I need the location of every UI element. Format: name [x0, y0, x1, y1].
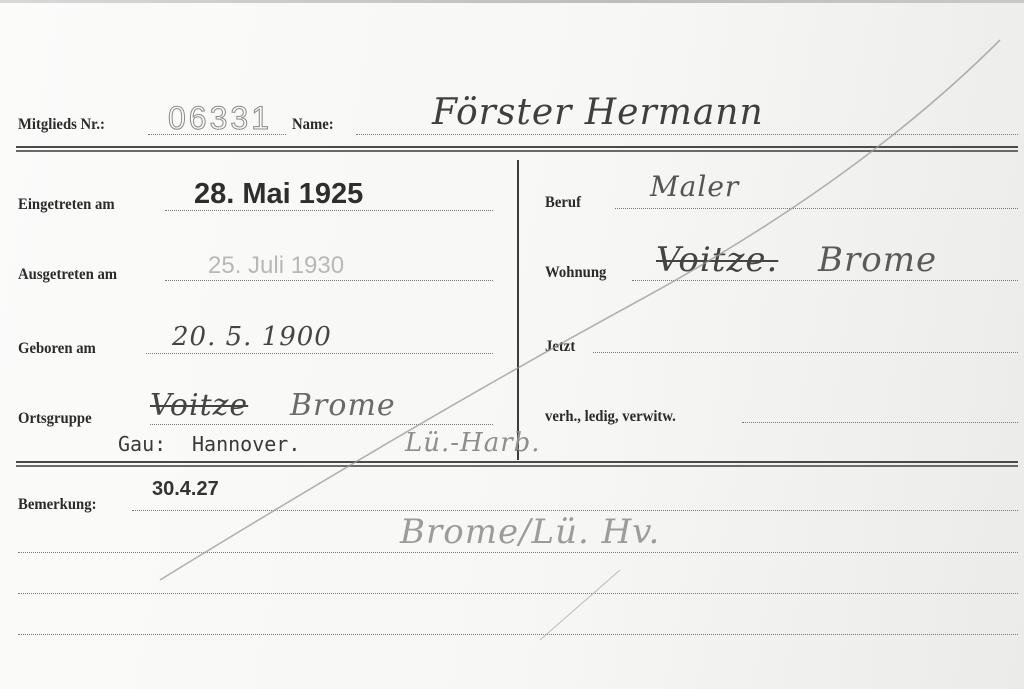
left-line — [165, 280, 493, 281]
remarks-stamp: 30.4.27 — [152, 478, 219, 501]
name-line — [356, 134, 1018, 135]
occupation-label: Beruf — [545, 194, 581, 212]
column-divider — [517, 160, 519, 460]
gau-value: Hannover. — [192, 432, 300, 456]
membership-card: Mitglieds Nr.: 06331 Name: Förster Herma… — [0, 0, 1024, 689]
residence-label: Wohnung — [545, 264, 606, 282]
remarks-line-2 — [18, 552, 1018, 553]
joined-label: Eingetreten am — [18, 196, 115, 214]
local-group-line — [150, 424, 493, 425]
name-label: Name: — [292, 116, 334, 134]
current-line — [593, 352, 1018, 353]
marital-status-label: verh., ledig, verwitw. — [545, 408, 676, 426]
born-value: 20. 5. 1900 — [172, 322, 332, 352]
remarks-divider — [16, 461, 1018, 467]
marital-status-line — [742, 422, 1018, 423]
header-divider — [16, 146, 1018, 152]
occupation-line — [615, 208, 1018, 209]
member-number-label: Mitglieds Nr.: — [18, 116, 105, 134]
remarks-line-3 — [18, 593, 1018, 594]
left-value: 25. Juli 1930 — [208, 252, 344, 280]
local-group-value: Brome — [290, 388, 396, 423]
born-label: Geboren am — [18, 340, 96, 358]
residence-value: Brome — [818, 240, 937, 280]
joined-value: 28. Mai 1925 — [194, 178, 363, 211]
left-label: Ausgetreten am — [18, 266, 117, 284]
member-number-value: 06331 — [168, 100, 272, 137]
local-group-struck-value: Voitze — [150, 388, 248, 423]
residence-struck-value: Voitze. — [656, 240, 778, 280]
remarks-line-4 — [18, 634, 1018, 635]
local-group-label: Ortsgruppe — [18, 410, 92, 428]
remarks-label: Bemerkung: — [18, 496, 97, 514]
remarks-line-1 — [132, 510, 1018, 511]
current-label: Jetzt — [545, 338, 575, 356]
born-line — [146, 353, 493, 354]
card-top-edge — [0, 0, 1024, 3]
remarks-value: Brome/Lü. Hv. — [400, 512, 660, 552]
gau-handwritten-addition: Lü.-Harb. — [405, 428, 541, 458]
residence-line — [632, 280, 1018, 281]
occupation-value: Maler — [650, 170, 739, 203]
gau-label: Gau: — [118, 432, 166, 456]
name-value: Förster Hermann — [432, 92, 764, 133]
